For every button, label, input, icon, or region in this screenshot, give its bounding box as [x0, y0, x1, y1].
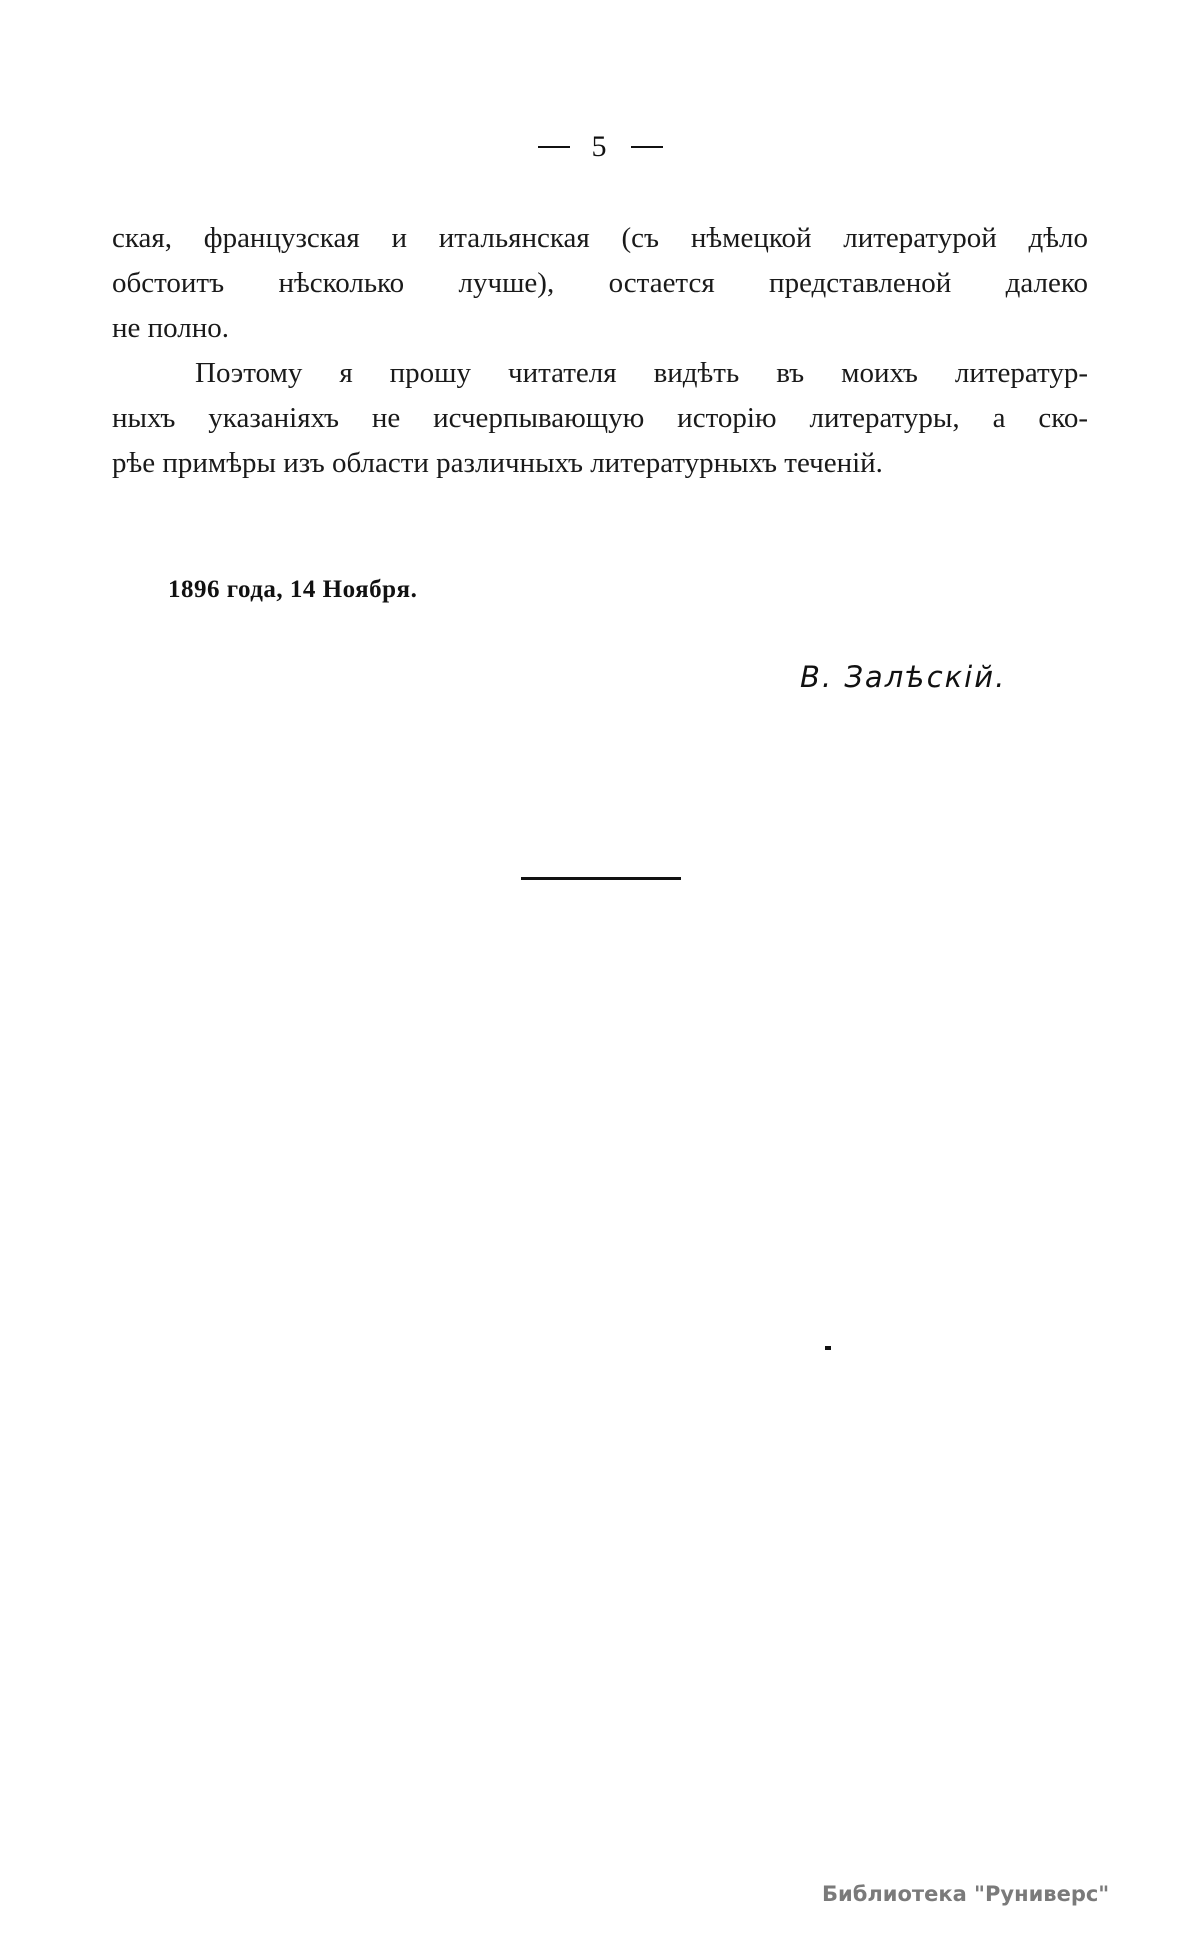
text-line: не полно. [112, 306, 1088, 351]
paragraph-2: Поэтому я прошу читателя видѣть въ моихъ… [112, 351, 1088, 486]
section-end-rule [521, 877, 681, 880]
text-line: Поэтому я прошу читателя видѣть въ моихъ… [112, 351, 1088, 396]
page-number-dash-left [538, 146, 570, 148]
page-number-dash-right [631, 146, 663, 148]
text-line: обстоитъ нѣсколько лучше), остается пред… [112, 261, 1088, 306]
page-number: 5 [0, 130, 1200, 164]
library-watermark: Библиотека "Руниверс" [822, 1882, 1109, 1906]
date-line: 1896 года, 14 Ноября. [168, 576, 417, 604]
text-line: ская, французская и итальянская (съ нѣме… [112, 216, 1088, 261]
text-line: рѣе примѣры изъ области различныхъ литер… [112, 441, 1088, 486]
body-text: ская, французская и итальянская (съ нѣме… [112, 216, 1088, 486]
page-number-value: 5 [592, 130, 609, 163]
paragraph-1: ская, французская и итальянская (съ нѣме… [112, 216, 1088, 351]
text-line: ныхъ указаніяхъ не исчерпывающую исторію… [112, 396, 1088, 441]
print-speck [825, 1346, 831, 1350]
author-signature: В. Залѣскій. [800, 660, 1006, 694]
